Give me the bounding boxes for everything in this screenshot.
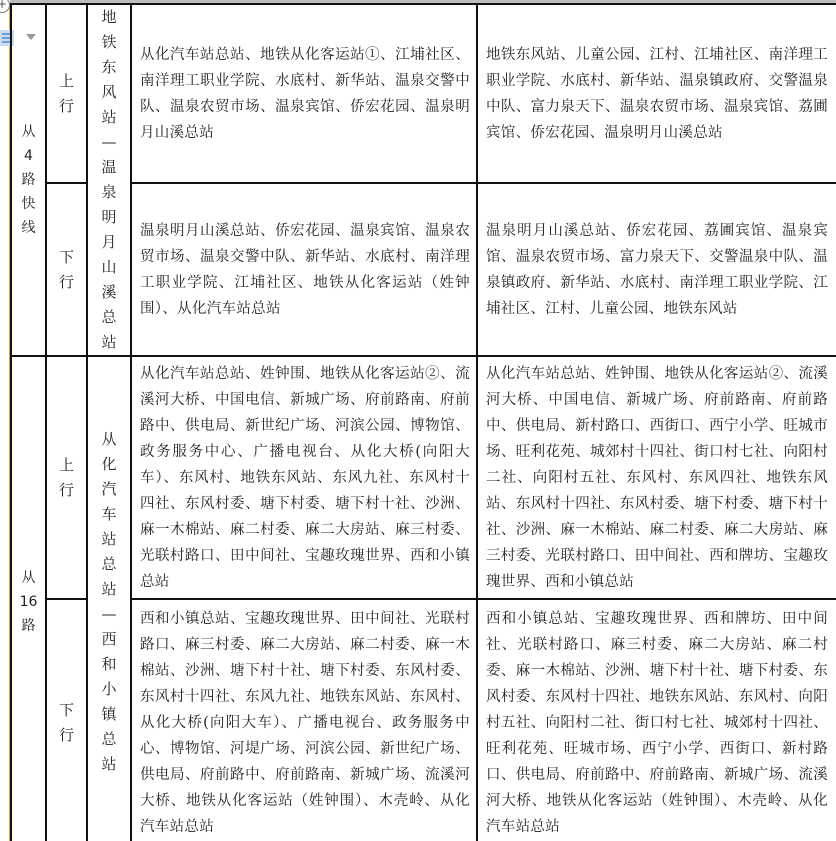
direction-cell: 下行 (46, 183, 87, 356)
direction-label: 下行 (58, 698, 75, 748)
stop-list: 从化汽车站总站、地铁从化客运站①、江埔社区、南洋理工职业学院、水底村、新华站、温… (132, 42, 476, 146)
route-span-cell: 从化汽车站总站—西和小镇总站 (87, 356, 131, 841)
route-name-cell: 从16路 (11, 356, 46, 841)
stops-cell-b: 温泉明月山溪总站、侨宏花园、荔圃宾馆、温泉宾馆、温泉农贸市场、富力泉天下、交警温… (477, 183, 836, 356)
stop-list: 西和小镇总站、宝趣玫瑰世界、西和牌坊、田中间社、光联村路口、麻三村委、麻二大房站… (478, 606, 836, 840)
stops-cell-a: 从化汽车站总站、地铁从化客运站①、江埔社区、南洋理工职业学院、水底村、新华站、温… (131, 4, 477, 183)
stop-list: 西和小镇总站、宝趣玫瑰世界、田中间社、光联村路口、麻三村委、麻二大房站、麻二村委… (132, 606, 476, 840)
stop-list: 从化汽车站总站、姓钟围、地铁从化客运站②、流溪河大桥、中国电信、新城广场、府前路… (478, 361, 836, 595)
direction-cell: 上行 (46, 4, 87, 183)
direction-label: 下行 (58, 245, 75, 295)
route-span-cell: 地铁东风站—温泉明月山溪总站 (87, 4, 131, 356)
stops-cell-a: 西和小镇总站、宝趣玫瑰世界、田中间社、光联村路口、麻三村委、麻二大房站、麻二村委… (131, 599, 477, 841)
stops-cell-b: 从化汽车站总站、姓钟围、地铁从化客运站②、流溪河大桥、中国电信、新城广场、府前路… (477, 356, 836, 599)
direction-label: 上行 (58, 453, 75, 503)
direction-cell: 下行 (46, 599, 87, 841)
bus-route-table: 从4路快线 上行 地铁东风站—温泉明月山溪总站 从化汽车站总站、地铁从化客运站①… (10, 3, 836, 841)
table-row: 下行 温泉明月山溪总站、侨宏花园、温泉宾馆、温泉农贸市场、温泉交警中队、新华站、… (11, 183, 836, 356)
route-name: 从4路快线 (19, 120, 37, 240)
stops-cell-b: 地铁东风站、儿童公园、江村、江埔社区、南洋理工职业学院、水底村、新华站、温泉镇政… (477, 4, 836, 183)
route-span: 从化汽车站总站—西和小镇总站 (101, 427, 118, 777)
stops-cell-a: 温泉明月山溪总站、侨宏花园、温泉宾馆、温泉农贸市场、温泉交警中队、新华站、水底村… (131, 183, 477, 356)
route-span: 地铁东风站—温泉明月山溪总站 (101, 5, 118, 355)
route-name-cell: 从4路快线 (11, 4, 46, 356)
table-row: 下行 西和小镇总站、宝趣玫瑰世界、田中间社、光联村路口、麻三村委、麻二大房站、麻… (11, 599, 836, 841)
direction-cell: 上行 (46, 356, 87, 599)
direction-label: 上行 (58, 69, 75, 119)
table-row: 从16路 上行 从化汽车站总站—西和小镇总站 从化汽车站总站、姓钟围、地铁从化客… (11, 356, 836, 599)
stop-list: 从化汽车站总站、姓钟围、地铁从化客运站②、流溪河大桥、中国电信、新城广场、府前路… (132, 361, 476, 595)
stop-list: 温泉明月山溪总站、侨宏花园、荔圃宾馆、温泉宾馆、温泉农贸市场、富力泉天下、交警温… (478, 218, 836, 322)
stops-cell-b: 西和小镇总站、宝趣玫瑰世界、西和牌坊、田中间社、光联村路口、麻三村委、麻二大房站… (477, 599, 836, 841)
table-row: 从4路快线 上行 地铁东风站—温泉明月山溪总站 从化汽车站总站、地铁从化客运站①… (11, 4, 836, 183)
stops-cell-a: 从化汽车站总站、姓钟围、地铁从化客运站②、流溪河大桥、中国电信、新城广场、府前路… (131, 356, 477, 599)
stop-list: 地铁东风站、儿童公园、江村、江埔社区、南洋理工职业学院、水底村、新华站、温泉镇政… (478, 42, 836, 146)
route-name: 从16路 (19, 566, 37, 638)
stop-list: 温泉明月山溪总站、侨宏花园、温泉宾馆、温泉农贸市场、温泉交警中队、新华站、水底村… (132, 218, 476, 322)
